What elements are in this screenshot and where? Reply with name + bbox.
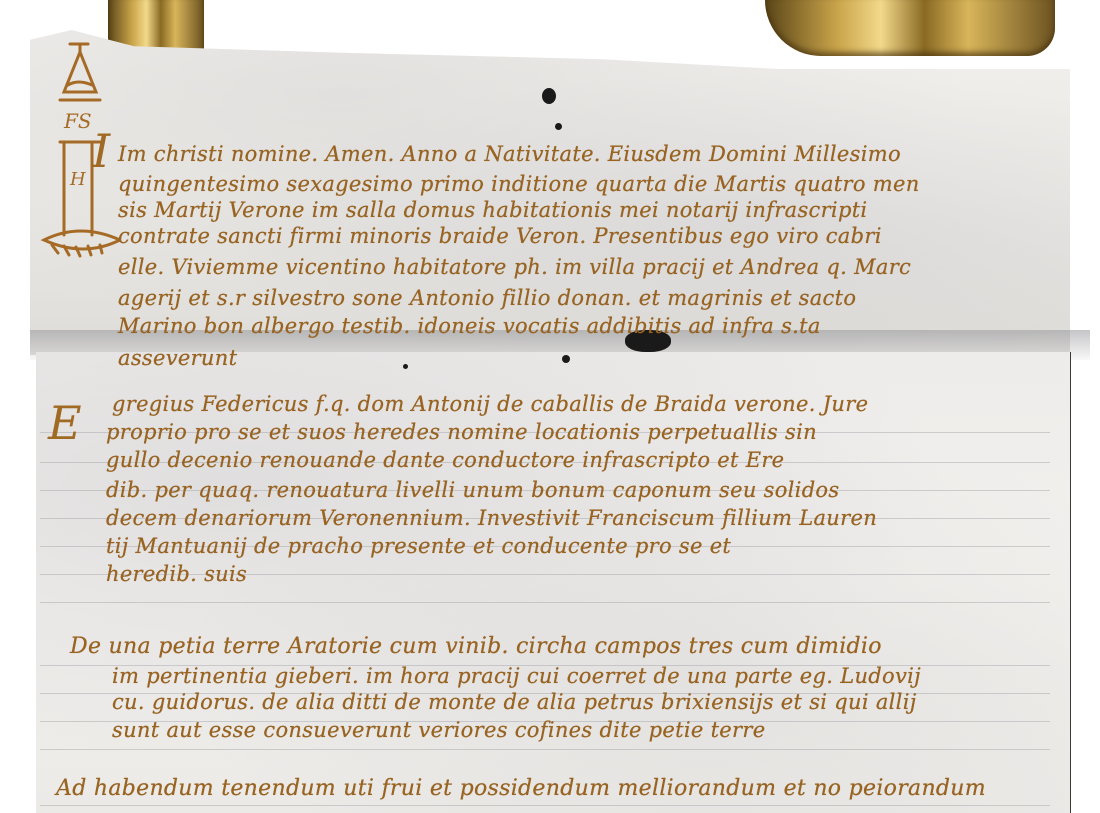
text-line: asseverunt	[118, 346, 237, 370]
text-line: Marino bon albergo testib. idoneis vocat…	[118, 314, 821, 338]
ink-blot	[542, 88, 556, 104]
svg-text:H: H	[69, 169, 86, 190]
text-line: heredib. suis	[106, 562, 247, 586]
ink-blot	[562, 355, 570, 363]
text-line: De una petia terre Aratorie cum vinib. c…	[70, 634, 882, 659]
ink-blot	[403, 364, 408, 369]
text-line: agerij et s.r silvestro sone Antonio fil…	[118, 286, 856, 310]
text-line: elle. Viviemme vicentino habitatore ph. …	[118, 255, 911, 279]
ruled-line	[40, 602, 1050, 603]
text-line: contrate sancti firmi minoris braide Ver…	[118, 224, 882, 248]
text-line: Ad habendum tenendum uti frui et posside…	[56, 776, 986, 801]
text-line: decem denariorum Veronennium. Investivit…	[106, 506, 877, 530]
text-line: sunt aut esse consueverunt veriores cofi…	[112, 718, 765, 742]
text-line: sis Martij Verone im salla domus habitat…	[118, 198, 867, 222]
text-line: proprio pro se et suos heredes nomine lo…	[106, 420, 817, 444]
svg-text:FS: FS	[63, 109, 92, 133]
text-line: Im christi nomine. Amen. Anno a Nativita…	[118, 142, 901, 166]
ruled-line	[40, 805, 1050, 806]
ruled-line	[40, 749, 1050, 750]
text-line: gullo decenio renouande dante conductore…	[106, 448, 784, 472]
text-line: im pertinentia gieberi. im hora pracij c…	[112, 664, 921, 688]
ink-blot	[555, 123, 562, 130]
text-line: tij Mantuanij de pracho presente et cond…	[106, 534, 731, 558]
text-line: cu. guidorus. de alia ditti de monte de …	[112, 690, 917, 714]
initial-letter: I	[92, 128, 110, 174]
metal-clip-right	[765, 0, 1055, 56]
text-line: dib. per quaq. renouatura livelli unum b…	[106, 478, 839, 502]
text-line: gregius Federicus f.q. dom Antonij de ca…	[112, 392, 868, 416]
initial-letter: E	[48, 400, 82, 446]
text-line: quingentesimo sexagesimo primo inditione…	[118, 172, 920, 196]
